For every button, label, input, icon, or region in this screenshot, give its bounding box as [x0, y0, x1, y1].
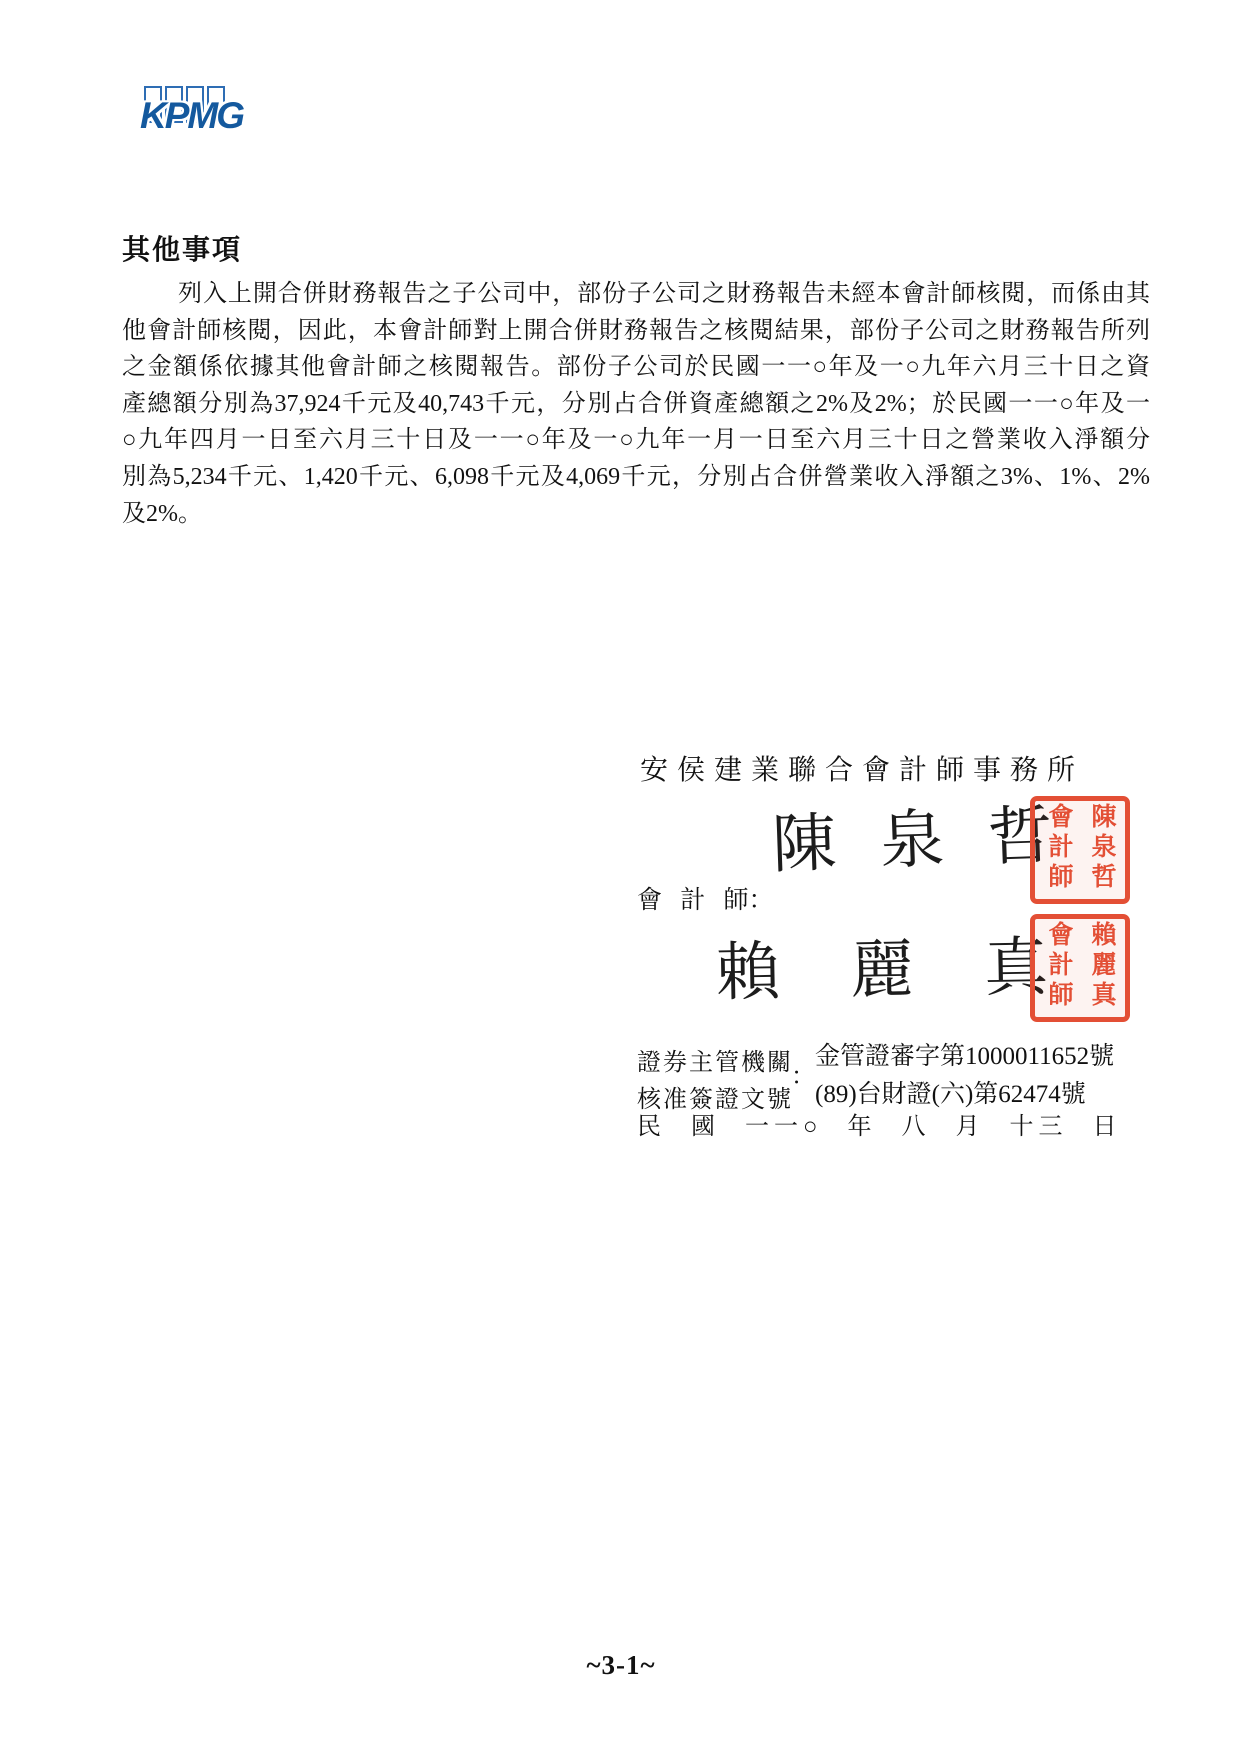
paragraph-line: 之金額係依據其他會計師之核閱報告。部份子公司於民國一一○年及一○九年六月三十日之… [122, 349, 1150, 386]
other-matters-paragraph: 列入上開合併財務報告之子公司中，部份子公司之財務報告未經本會計師核閱，而係由其 … [122, 276, 1150, 532]
paragraph-line: 列入上開合併財務報告之子公司中，部份子公司之財務報告未經本會計師核閱，而係由其 [122, 276, 1150, 313]
paragraph-line: 他會計師核閱，因此，本會計師對上開合併財務報告之核閱結果，部份子公司之財務報告所… [122, 313, 1150, 350]
paragraph-line: 別為5,234千元、1,420千元、6,098千元及4,069千元，分別占合併營… [122, 459, 1150, 496]
accountant-seal-lai: 賴麗真會計師 [1030, 914, 1130, 1022]
kpmg-logo-text: KPMG [140, 97, 243, 134]
approval-date: 民 國 一一○ 年 八 月 十三 日 [637, 1106, 1122, 1141]
firm-name: 安侯建業聯合會計師事務所 [640, 748, 1084, 788]
document-page: KPMG 其他事項 列入上開合併財務報告之子公司中，部份子公司之財務報告未經本會… [0, 0, 1242, 1754]
accountant-label: 會 計 師： [637, 880, 774, 916]
paragraph-line: ○九年四月一日至六月三十日及一一○年及一○九年一月一日至六月三十日之營業收入淨額… [122, 422, 1150, 459]
seal-text: 陳泉哲會計師 [1037, 803, 1123, 897]
accountant-seal-chen: 陳泉哲會計師 [1030, 796, 1130, 904]
other-matters-heading: 其他事項 [122, 228, 242, 268]
approval-colon: ： [791, 1056, 815, 1091]
seal-text: 賴麗真會計師 [1037, 921, 1123, 1015]
approval-doc-number-2: (89)台財證(六)第62474號 [815, 1074, 1086, 1110]
approval-doc-number-1: 金管證審字第1000011652號 [815, 1036, 1114, 1072]
paragraph-line: 及2%。 [122, 496, 1150, 533]
page-number: ~3-1~ [0, 1650, 1242, 1681]
approval-label-line1: 證券主管機關 [637, 1042, 793, 1077]
kpmg-logo: KPMG [144, 86, 254, 136]
paragraph-line: 產總額分別為37,924千元及40,743千元，分別占合併資產總額之2%及2%；… [122, 386, 1150, 423]
